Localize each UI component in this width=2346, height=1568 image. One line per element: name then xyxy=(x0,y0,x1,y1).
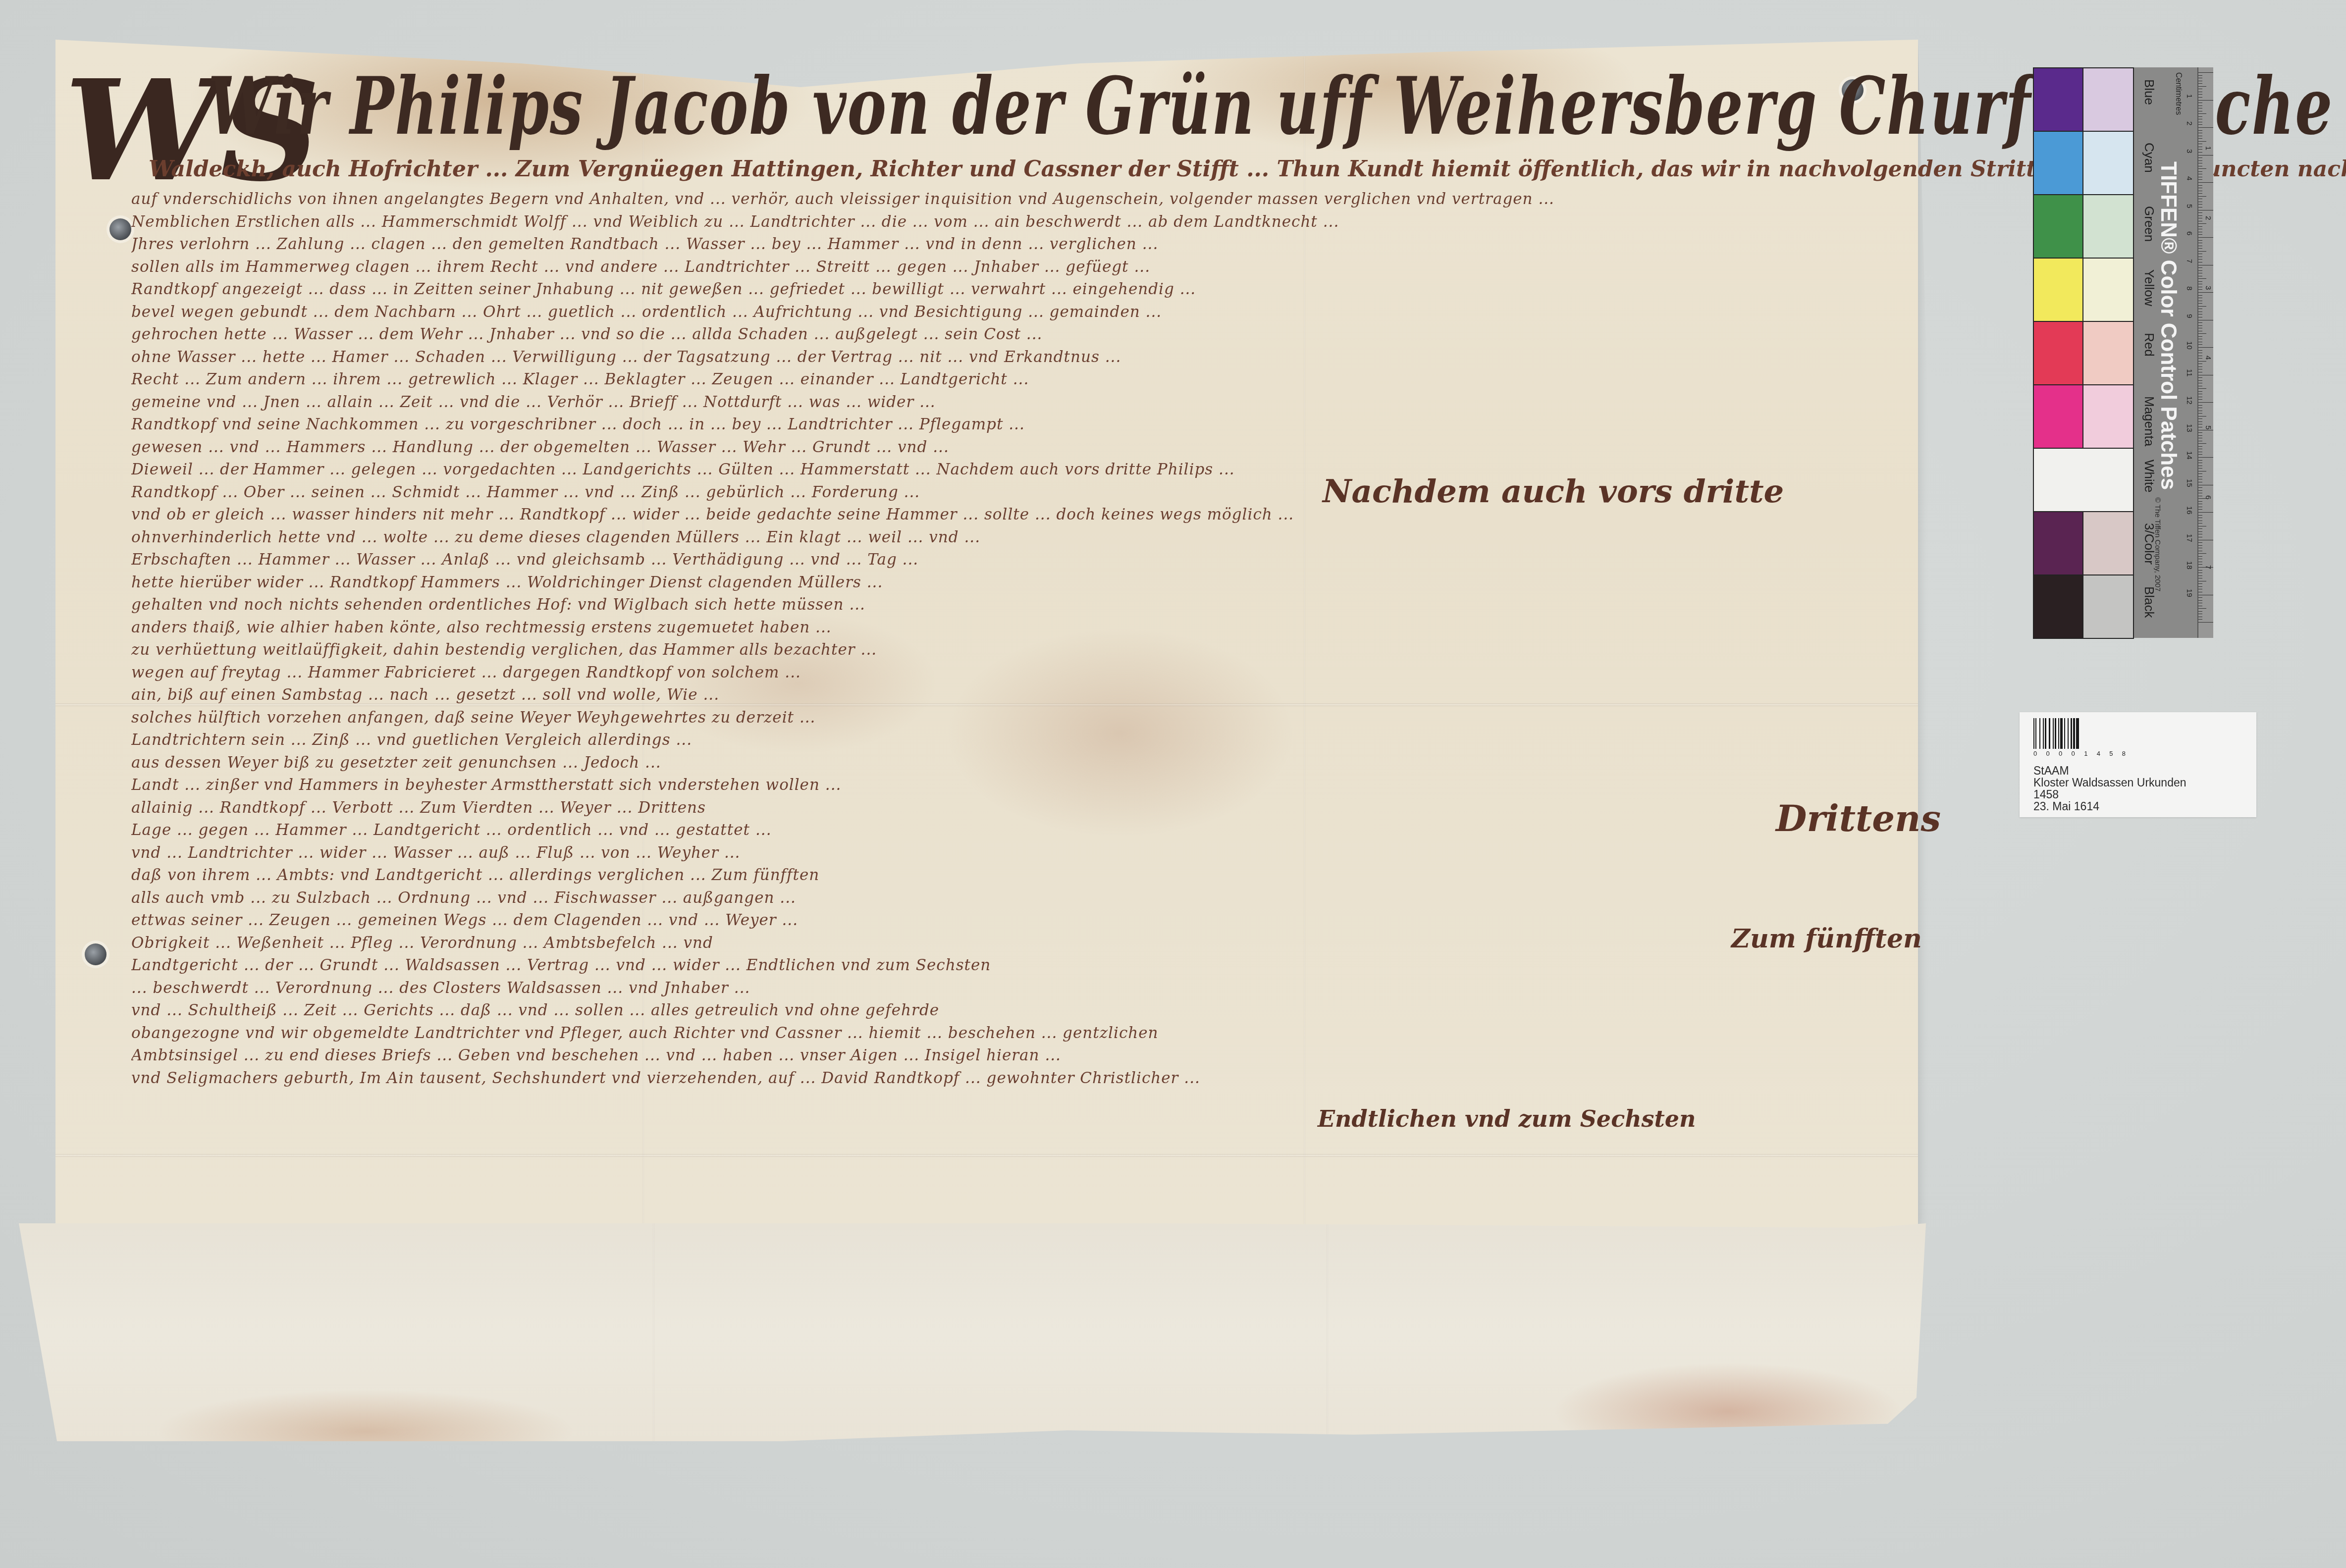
ruler-tick xyxy=(2198,100,2213,101)
ruler-tick xyxy=(2198,583,2202,584)
ruler-tick xyxy=(2198,614,2202,614)
ruler-tick xyxy=(2198,408,2202,408)
ruler-tick xyxy=(2198,438,2202,438)
ruler-tick xyxy=(2198,548,2202,548)
ruler-tick xyxy=(2198,402,2213,403)
ruler-tick xyxy=(2198,496,2202,496)
ruler-tick xyxy=(2198,119,2202,119)
ruler-tick xyxy=(2198,361,2206,362)
ruler-tick xyxy=(2198,485,2213,485)
ruler-tick xyxy=(2198,97,2202,98)
archive-label: 00001458 StAAM Kloster Waldsassen Urkund… xyxy=(2020,712,2256,817)
text-line: auf vnderschidlichs von ihnen angelangte… xyxy=(131,188,1875,211)
ruler-tick xyxy=(2198,207,2202,208)
color-patch-magenta-dark xyxy=(2033,384,2083,449)
ruler-tick xyxy=(2198,617,2202,617)
ruler-tick xyxy=(2198,592,2202,592)
text-line: bevel wegen gebundt ... dem Nachbarn ...… xyxy=(131,301,1875,324)
ruler-tick xyxy=(2198,182,2213,183)
ruler-tick xyxy=(2198,570,2202,571)
ruler-tick xyxy=(2198,312,2202,312)
color-patch-3-color-light xyxy=(2082,511,2134,575)
ruler-tick xyxy=(2198,303,2202,304)
ruler-tick xyxy=(2198,276,2202,276)
ruler-tick xyxy=(2198,479,2202,479)
ruler-tick xyxy=(2198,75,2202,76)
ruler-inch-number: 3 xyxy=(2204,286,2212,290)
ruler-tick xyxy=(2198,540,2213,540)
ruler-tick xyxy=(2198,471,2206,471)
fold-line-horizontal xyxy=(55,1154,1918,1157)
ruler-cm-number: 7 xyxy=(2185,259,2193,263)
ruler-tick xyxy=(2198,328,2202,328)
ruler-tick xyxy=(2198,174,2202,174)
ruler-tick xyxy=(2198,78,2202,78)
ruler-tick xyxy=(2198,281,2202,282)
barcode-digit: 5 xyxy=(2109,750,2113,757)
ruler-tick xyxy=(2198,237,2213,238)
ruler-tick xyxy=(2198,133,2202,133)
text-line: Randtkopf angezeigt ... dass ... in Zeit… xyxy=(131,278,1875,301)
ruler-tick xyxy=(2198,273,2202,273)
ruler-tick xyxy=(2198,289,2202,290)
ruler-tick xyxy=(2198,122,2202,122)
ruler-tick xyxy=(2198,314,2202,314)
ruler-tick xyxy=(2198,411,2202,411)
patch-label: Red xyxy=(2141,333,2157,363)
text-line: wegen auf freytag ... Hammer Fabricieret… xyxy=(131,662,1875,684)
ruler-tick xyxy=(2198,309,2202,309)
ruler-tick xyxy=(2198,454,2202,455)
color-patch-3-color-dark xyxy=(2033,511,2083,575)
text-line: Randtkopf vnd seine Nachkommen ... zu vo… xyxy=(131,414,1875,436)
ruler-tick xyxy=(2198,191,2202,191)
ruler-inch-number: 5 xyxy=(2204,425,2212,429)
ruler-tick xyxy=(2198,295,2202,296)
ruler-tick xyxy=(2198,394,2202,394)
text-line: zu verhüettung weitlaüffigkeit, dahin be… xyxy=(131,639,1875,662)
text-line: Obrigkeit ... Weßenheit ... Pfleg ... Ve… xyxy=(131,932,1875,955)
text-line: sollen alls im Hammerweg clagen ... ihre… xyxy=(131,256,1875,279)
document-title-line: Wir Philips Jacob von der Grün uff Weihe… xyxy=(208,59,1991,153)
ruler-tick xyxy=(2198,435,2202,436)
ruler-tick xyxy=(2198,501,2202,502)
ruler-tick xyxy=(2198,301,2202,301)
ruler-tick xyxy=(2198,542,2202,543)
color-patch-blue-light xyxy=(2082,67,2134,132)
ruler-tick xyxy=(2198,171,2202,172)
ruler-tick xyxy=(2198,127,2213,128)
text-line: Nemblichen Erstlichen alls ... Hammersch… xyxy=(131,211,1875,234)
ruler-tick xyxy=(2198,397,2202,397)
ruler-tick xyxy=(2198,515,2202,516)
color-patch-red-light xyxy=(2082,321,2134,385)
ruler-cm-number: 8 xyxy=(2185,286,2193,290)
ruler-tick xyxy=(2198,507,2202,507)
ruler-tick xyxy=(2198,144,2202,144)
ruler-tick xyxy=(2198,399,2202,400)
color-patch-green-light xyxy=(2082,194,2134,259)
ruler-cm-number: 10 xyxy=(2185,341,2193,350)
ruler-tick xyxy=(2198,468,2202,469)
ruler-tick xyxy=(2198,551,2202,551)
ruler-tick xyxy=(2198,559,2202,559)
ruler-tick xyxy=(2198,259,2202,260)
ruler-tick xyxy=(2198,383,2202,383)
ruler-tick xyxy=(2198,603,2202,603)
ruler-tick xyxy=(2198,344,2202,345)
ruler-cm-number: 3 xyxy=(2185,149,2193,153)
ruler-tick xyxy=(2198,155,2213,156)
ruler-cm-number: 9 xyxy=(2185,314,2193,318)
ruler-tick xyxy=(2198,578,2202,578)
ruler-tick xyxy=(2198,523,2202,523)
parchment-fold-flap xyxy=(19,1223,1926,1441)
ruler-tick xyxy=(2198,573,2202,573)
ruler-tick xyxy=(2198,111,2202,111)
ruler-tick xyxy=(2198,160,2202,161)
patch-label: Blue xyxy=(2141,79,2157,109)
ruler-tick xyxy=(2198,531,2202,532)
mounting-pin xyxy=(85,943,107,965)
ruler-tick xyxy=(2198,331,2202,331)
ruler-tick xyxy=(2198,262,2202,262)
patch-label: White xyxy=(2141,460,2157,489)
ruler-tick xyxy=(2198,463,2202,463)
ruler-tick xyxy=(2198,229,2202,229)
ruler-tick xyxy=(2198,149,2202,150)
ruler-tick xyxy=(2198,215,2202,216)
ruler-tick xyxy=(2198,564,2202,565)
ruler-tick xyxy=(2198,246,2202,246)
color-control-chart: Centimetres TIFFEN® Color Control Patche… xyxy=(2033,67,2211,638)
document-body-text: auf vnderschidlichs von ihnen angelangte… xyxy=(131,188,1875,1090)
ruler-tick xyxy=(2198,534,2202,534)
ruler-tick xyxy=(2198,347,2213,348)
ruler-tick xyxy=(2198,105,2202,106)
ruler-tick xyxy=(2198,575,2202,576)
ruler-tick xyxy=(2198,512,2213,513)
ruler-tick xyxy=(2198,556,2202,557)
ruler-tick xyxy=(2198,83,2202,84)
text-line: gehalten vnd noch nichts sehenden ordent… xyxy=(131,594,1875,617)
text-line: Landtrichtern sein ... Zinß ... vnd guet… xyxy=(131,729,1875,752)
patch-label: Green xyxy=(2141,206,2157,236)
text-line: alls auch vmb ... zu Sulzbach ... Ordnun… xyxy=(131,887,1875,910)
ruler-tick xyxy=(2198,204,2202,205)
ruler-tick xyxy=(2198,424,2202,424)
ruler-tick xyxy=(2198,234,2202,235)
document-subtitle-line: Waldeckh, auch Hofrichter ... Zum Vergnü… xyxy=(149,157,2346,182)
ruler-tick xyxy=(2198,375,2213,375)
text-line: Landtgericht ... der ... Grundt ... Wald… xyxy=(131,954,1875,977)
barcode xyxy=(2033,718,2079,749)
ruler-tick xyxy=(2198,325,2202,326)
ruler-tick xyxy=(2198,452,2202,452)
section-heading: Zum fünfften xyxy=(1731,924,1922,954)
barcode-digit: 0 xyxy=(2033,750,2037,757)
ruler-tick xyxy=(2198,257,2202,257)
ruler-tick xyxy=(2198,427,2202,427)
patch-label: Black xyxy=(2141,586,2157,616)
barcode-digit: 4 xyxy=(2097,750,2100,757)
document-date: 23. Mai 1614 xyxy=(2033,800,2099,812)
ruler-tick xyxy=(2198,298,2202,298)
ruler-tick xyxy=(2198,380,2202,381)
ruler-tick xyxy=(2198,364,2202,364)
ruler-tick xyxy=(2198,336,2202,337)
text-line: ettwas seiner ... Zeugen ... gemeinen We… xyxy=(131,909,1875,932)
ruler-tick xyxy=(2198,188,2202,188)
ruler-tick xyxy=(2198,476,2202,477)
ruler-tick xyxy=(2198,589,2202,589)
text-line: anders thaiß, wie alhier haben könte, al… xyxy=(131,617,1875,639)
ruler-tick xyxy=(2198,487,2202,488)
ruler-tick xyxy=(2198,493,2202,493)
text-line: allainig ... Randtkopf ... Verbott ... Z… xyxy=(131,797,1875,820)
ruler-tick xyxy=(2198,606,2202,606)
ruler-tick xyxy=(2198,333,2206,334)
barcode-digits: 00001458 xyxy=(2033,750,2126,757)
ruler-tick xyxy=(2198,240,2202,241)
ruler-tick xyxy=(2198,243,2202,243)
ruler-tick xyxy=(2198,446,2202,447)
ruler-tick xyxy=(2198,287,2202,287)
ruler-tick xyxy=(2198,449,2202,449)
ruler-tick xyxy=(2198,545,2202,546)
barcode-digit: 1 xyxy=(2084,750,2087,757)
ruler-tick xyxy=(2198,460,2202,461)
collection-name: Kloster Waldsassen Urkunden xyxy=(2033,777,2186,788)
ruler-tick xyxy=(2198,254,2202,254)
ruler-tick xyxy=(2198,622,2213,623)
ruler-tick xyxy=(2198,518,2202,518)
ruler-cm-number: 17 xyxy=(2185,534,2193,542)
text-line: vnd Seligmachers geburth, Im Ain tausent… xyxy=(131,1067,1875,1090)
ruler-tick xyxy=(2198,267,2202,268)
ruler: 123456789101112131415161718191234567 xyxy=(2197,67,2213,638)
patch-label: Yellow xyxy=(2141,269,2157,299)
ruler-tick xyxy=(2198,116,2202,117)
text-line: Recht ... Zum andern ... ihrem ... getre… xyxy=(131,368,1875,391)
color-patch-cyan-light xyxy=(2082,131,2134,195)
ruler-tick xyxy=(2198,138,2202,139)
text-line: solches hülftich vorzehen anfangen, daß … xyxy=(131,707,1875,730)
ruler-tick xyxy=(2198,600,2202,601)
ruler-cm-number: 13 xyxy=(2185,424,2193,432)
text-line: ohnverhinderlich hette vnd ... wolte ...… xyxy=(131,526,1875,549)
barcode-digit: 0 xyxy=(2046,750,2050,757)
patch-label: Cyan xyxy=(2141,143,2157,172)
ruler-tick xyxy=(2198,416,2206,417)
ruler-tick xyxy=(2198,270,2202,271)
ruler-inch-number: 6 xyxy=(2204,495,2212,499)
ruler-tick xyxy=(2198,562,2202,562)
ruler-tick xyxy=(2198,473,2202,474)
ruler-tick xyxy=(2198,108,2202,108)
ruler-cm-number: 11 xyxy=(2185,369,2193,377)
ruler-tick xyxy=(2198,223,2206,224)
archive-name: StAAM xyxy=(2033,765,2069,777)
ruler-tick xyxy=(2198,504,2202,504)
ruler-tick xyxy=(2198,388,2206,389)
ruler-tick xyxy=(2198,320,2213,320)
ruler-tick xyxy=(2198,72,2213,73)
ruler-tick xyxy=(2198,418,2202,419)
ruler-tick xyxy=(2198,124,2202,125)
ruler-cm-number: 19 xyxy=(2185,589,2193,597)
text-line: Ambtsinsigel ... zu end dieses Briefs ..… xyxy=(131,1045,1875,1067)
ruler-tick xyxy=(2198,130,2202,131)
section-heading: Drittens xyxy=(1776,797,1941,839)
ruler-tick xyxy=(2198,509,2202,510)
ruler-tick xyxy=(2198,81,2202,81)
ruler-tick xyxy=(2198,232,2202,232)
ruler-tick xyxy=(2198,278,2206,279)
color-patch-red-dark xyxy=(2033,321,2083,385)
ruler-tick xyxy=(2198,586,2202,587)
ruler-tick xyxy=(2198,356,2202,356)
text-line: gemeine vnd ... Jnen ... allain ... Zeit… xyxy=(131,391,1875,414)
color-patch-white xyxy=(2033,448,2134,512)
ruler-tick xyxy=(2198,322,2202,323)
ruler-tick xyxy=(2198,196,2206,197)
chart-brand: TIFFEN® Color Control Patches xyxy=(2156,161,2181,490)
color-patch-cyan-dark xyxy=(2033,131,2083,195)
ruler-cm-number: 12 xyxy=(2185,396,2193,405)
ruler-tick xyxy=(2198,306,2206,307)
ruler-tick xyxy=(2198,386,2202,386)
text-line: vnd ... Schultheiß ... Zeit ... Gerichts… xyxy=(131,999,1875,1022)
ruler-tick xyxy=(2198,421,2202,422)
ruler-tick xyxy=(2198,89,2202,89)
text-line: Landt ... zinßer vnd Hammers in beyheste… xyxy=(131,774,1875,797)
text-line: vnd ... Landtrichter ... wider ... Wasse… xyxy=(131,842,1875,865)
ruler-tick xyxy=(2198,608,2206,609)
text-line: hette hierüber wider ... Randtkopf Hamme… xyxy=(131,572,1875,594)
ruler-tick xyxy=(2198,152,2202,153)
ruler-tick xyxy=(2198,248,2202,249)
text-line: gehrochen hette ... Wasser ... dem Wehr … xyxy=(131,323,1875,346)
text-line: obangezogne vnd wir obgemeldte Landtrich… xyxy=(131,1022,1875,1045)
ruler-tick xyxy=(2198,202,2202,202)
ruler-label-centimetres: Centimetres xyxy=(2174,72,2183,115)
color-patch-black-dark xyxy=(2033,575,2083,639)
text-line: Jhres verlohrn ... Zahlung ... clagen ..… xyxy=(131,233,1875,256)
ruler-tick xyxy=(2198,185,2202,186)
ruler-tick xyxy=(2198,177,2202,177)
ruler-tick xyxy=(2198,611,2202,612)
fold-line-vertical xyxy=(1327,1223,1328,1441)
color-patch-magenta-light xyxy=(2082,384,2134,449)
ruler-tick xyxy=(2198,317,2202,317)
ruler-cm-number: 2 xyxy=(2185,121,2193,125)
ruler-tick xyxy=(2198,526,2206,526)
ruler-cm-number: 4 xyxy=(2185,176,2193,180)
ruler-cm-number: 6 xyxy=(2185,231,2193,235)
ruler-tick xyxy=(2198,193,2202,194)
barcode-bar xyxy=(2076,718,2079,749)
ruler-tick xyxy=(2198,430,2213,430)
ruler-tick xyxy=(2198,350,2202,351)
ruler-tick xyxy=(2198,265,2213,265)
barcode-digit: 8 xyxy=(2122,750,2126,757)
ruler-tick xyxy=(2198,221,2202,221)
text-line: ohne Wasser ... hette ... Hamer ... Scha… xyxy=(131,346,1875,369)
ruler-cm-number: 15 xyxy=(2185,479,2193,487)
section-heading: Nachdem auch vors dritte xyxy=(1323,473,1784,510)
ruler-cm-number: 1 xyxy=(2185,94,2193,98)
ruler-tick xyxy=(2198,372,2202,372)
ruler-inch-number: 2 xyxy=(2204,216,2212,220)
ruler-tick xyxy=(2198,136,2202,136)
ruler-tick xyxy=(2198,86,2206,87)
text-line: aus dessen Weyer biß zu gesetzter zeit g… xyxy=(131,752,1875,775)
fold-line-vertical xyxy=(653,1223,654,1441)
ruler-tick xyxy=(2198,391,2202,392)
ruler-tick xyxy=(2198,339,2202,339)
ruler-tick xyxy=(2198,377,2202,378)
barcode-digit: 0 xyxy=(2072,750,2075,757)
ruler-tick xyxy=(2198,482,2202,482)
ruler-tick xyxy=(2198,521,2202,521)
mounting-pin xyxy=(109,218,131,240)
ruler-tick xyxy=(2198,528,2202,529)
color-patch-blue-dark xyxy=(2033,67,2083,132)
text-line: Erbschaften ... Hammer ... Wasser ... An… xyxy=(131,549,1875,572)
ruler-tick xyxy=(2198,212,2202,213)
ruler-cm-number: 16 xyxy=(2185,506,2193,515)
ruler-tick xyxy=(2198,94,2202,95)
color-patch-yellow-light xyxy=(2082,258,2134,322)
color-patch-black-light xyxy=(2082,575,2134,639)
ruler-cm-number: 5 xyxy=(2185,204,2193,208)
ruler-tick xyxy=(2198,432,2202,433)
ruler-tick xyxy=(2198,597,2202,598)
ruler-tick xyxy=(2198,210,2213,210)
ruler-tick xyxy=(2198,141,2206,142)
ruler-tick xyxy=(2198,369,2202,369)
ruler-tick xyxy=(2198,358,2202,359)
ruler-tick xyxy=(2198,619,2202,620)
text-line: ... beschwerdt ... Verordnung ... des Cl… xyxy=(131,977,1875,1000)
patch-label: Magenta xyxy=(2141,396,2157,426)
ruler-inch-number: 1 xyxy=(2204,146,2212,150)
ruler-cm-number: 14 xyxy=(2185,451,2193,460)
text-line: Lage ... gegen ... Hammer ... Landtgeric… xyxy=(131,819,1875,842)
ruler-tick xyxy=(2198,147,2202,147)
ruler-tick xyxy=(2198,292,2213,293)
ruler-tick xyxy=(2198,457,2213,458)
ruler-tick xyxy=(2198,413,2202,414)
ruler-tick xyxy=(2198,218,2202,218)
ruler-tick xyxy=(2198,113,2206,114)
ruler-tick xyxy=(2198,466,2202,466)
ruler-tick xyxy=(2198,441,2202,441)
ruler-tick xyxy=(2198,168,2206,169)
ruler-tick xyxy=(2198,166,2202,166)
ruler-tick xyxy=(2198,284,2202,284)
ruler-tick xyxy=(2198,342,2202,342)
ruler-tick xyxy=(2198,405,2202,406)
ruler-tick xyxy=(2198,581,2206,581)
ruler-tick xyxy=(2198,537,2202,537)
barcode-digit: 0 xyxy=(2059,750,2062,757)
text-line: gewesen ... vnd ... Hammers ... Handlung… xyxy=(131,436,1875,459)
ruler-tick xyxy=(2198,179,2202,180)
ruler-tick xyxy=(2198,443,2206,444)
ruler-tick xyxy=(2198,226,2202,227)
